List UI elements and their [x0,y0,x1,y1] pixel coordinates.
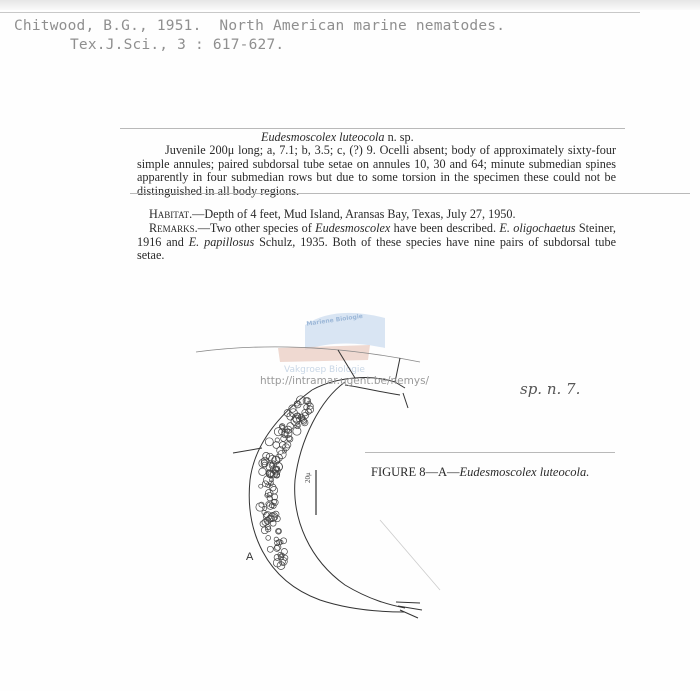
panel-label: A [246,551,253,563]
figure-caption: FIGURE 8—A—Eudesmoscolex luteocola. [371,465,589,480]
caption-species: Eudesmoscolex luteocola. [460,465,590,479]
scale-bar-label: 20μ [304,472,312,483]
caption-prefix: FIGURE 8—A— [371,465,460,479]
handwritten-note: sp. n. 7. [520,380,580,398]
nematode-illustration [0,0,700,691]
caption-line [365,452,615,453]
watermark-url: http://intramar.ugent.be/nemys/ [260,375,429,387]
